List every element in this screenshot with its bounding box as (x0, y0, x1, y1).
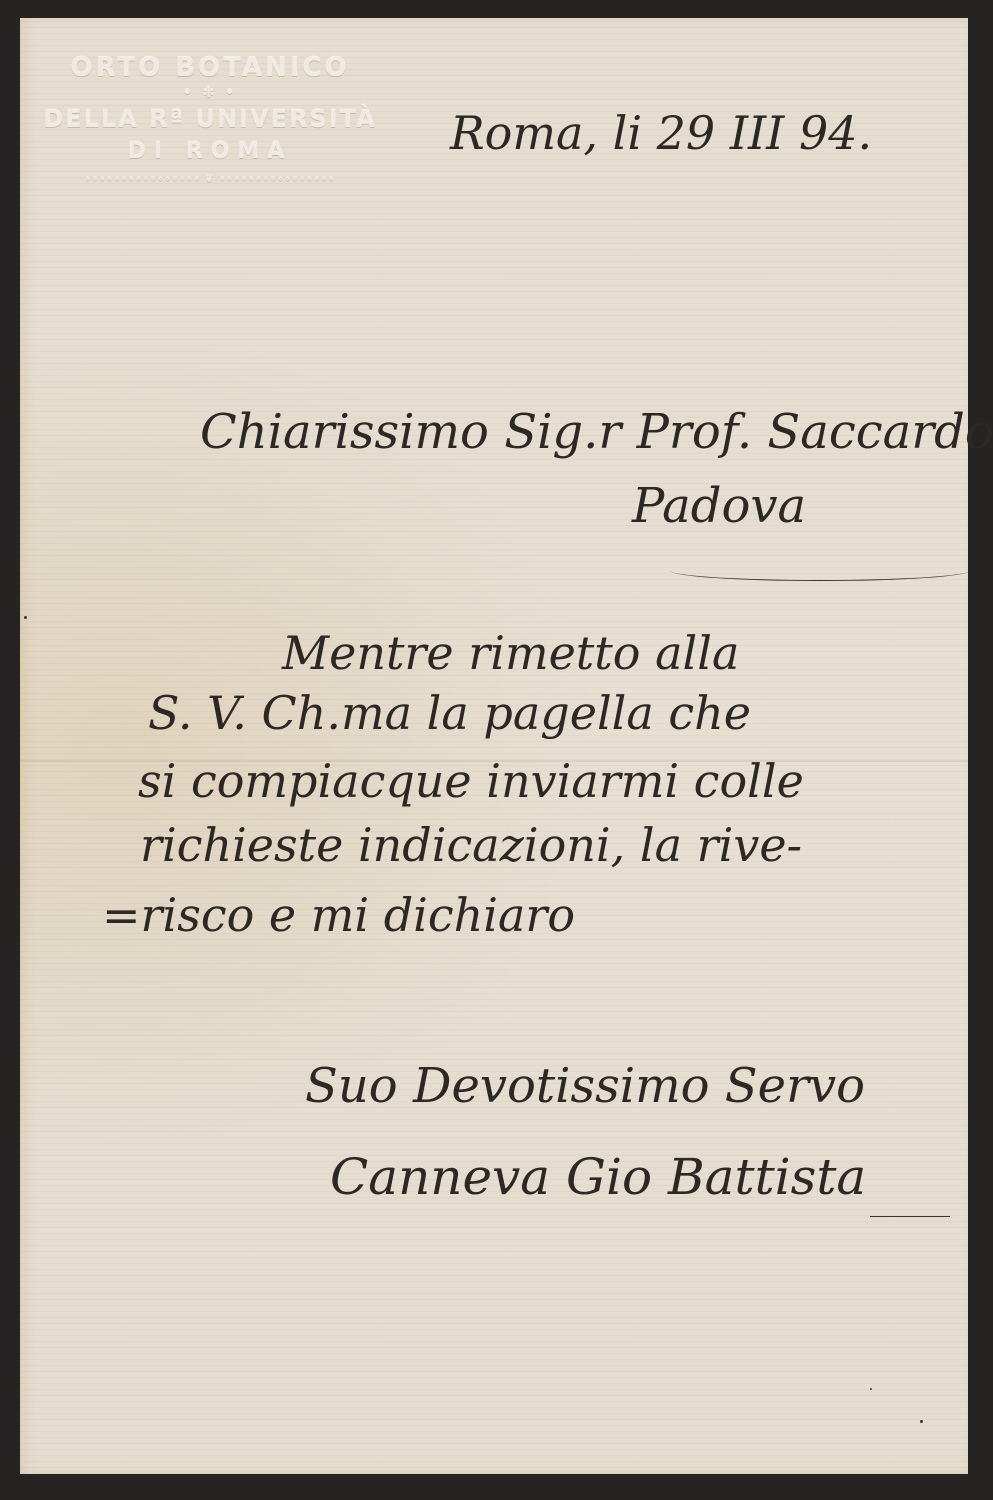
letterhead-university: DELLA Rª UNIVERSITÀ (40, 105, 380, 133)
city-underline-flourish (670, 560, 970, 581)
addressee-salutation: Chiarissimo Sig.r Prof. Saccardo (200, 404, 993, 460)
valediction: Suo Devotissimo Servo (305, 1058, 865, 1114)
addressee-city: Padova (632, 478, 806, 534)
letterhead-rule: ∘∘∘∘∘∘∘∘∘∘∘∘∘∘∘∘ ❦ ∘∘∘∘∘∘∘∘∘∘∘∘∘∘∘∘ (40, 174, 380, 185)
letterhead-institution: ORTO BOTANICO (40, 53, 380, 83)
body-line: richieste indicazioni, la rive- (140, 818, 802, 872)
ink-speck (24, 616, 27, 619)
letterhead-ornament-icon: • ✻ • (40, 85, 380, 101)
body-line: Mentre rimetto alla (282, 626, 739, 680)
body-line: S. V. Ch.ma la pagella che (148, 686, 751, 740)
embossed-letterhead: ORTO BOTANICO • ✻ • DELLA Rª UNIVERSITÀ … (40, 53, 380, 185)
ink-speck (870, 1388, 872, 1390)
signature-flourish (870, 1216, 950, 1223)
letter-sheet: ORTO BOTANICO • ✻ • DELLA Rª UNIVERSITÀ … (20, 18, 968, 1474)
signature: Canneva Gio Battista (330, 1148, 866, 1206)
body-line: =risco e mi dichiaro (102, 888, 575, 942)
letterhead-city: DI ROMA (40, 139, 380, 164)
letter-date: Roma, li 29 III 94. (450, 106, 872, 160)
body-line: si compiacque inviarmi colle (138, 754, 804, 808)
ink-speck (920, 1420, 923, 1423)
